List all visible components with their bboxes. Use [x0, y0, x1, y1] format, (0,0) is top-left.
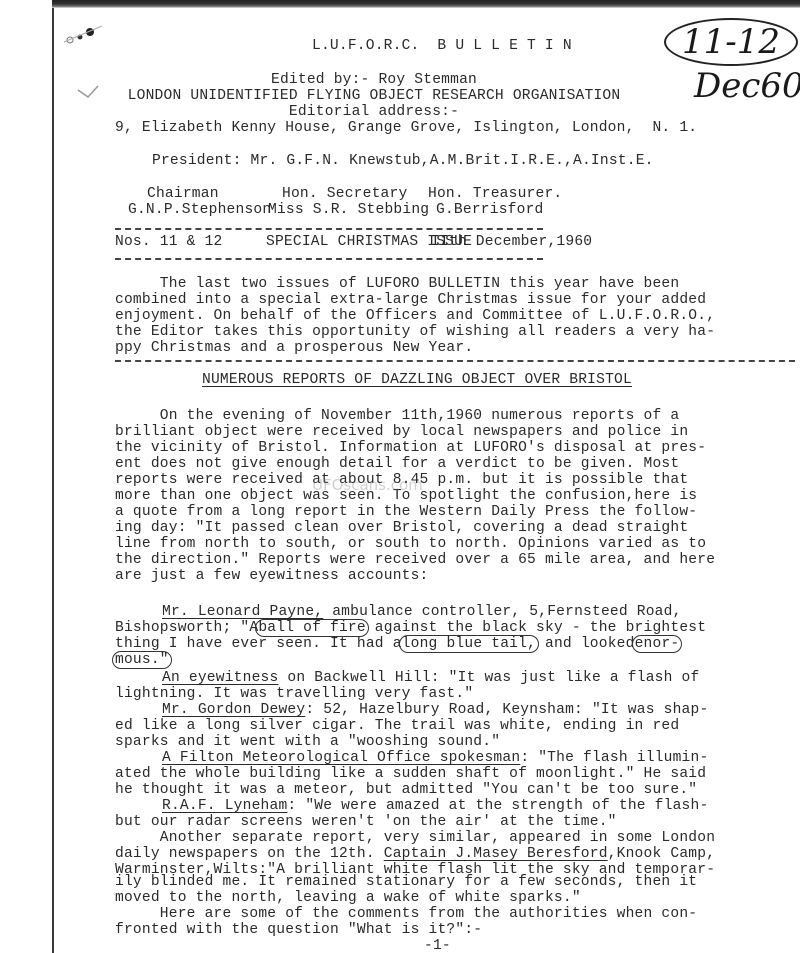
account-text: sparks and it went with a "wooshing soun…	[115, 734, 500, 750]
account-text: ated the whole building like a sudden sh…	[115, 766, 706, 782]
account-text: ,Knook Camp,	[608, 846, 716, 862]
witness-name: An eyewitness	[162, 670, 278, 686]
circled-phrase: long blue tail,	[399, 635, 539, 653]
intro-line: the Editor takes this opportunity of wis…	[115, 324, 715, 340]
circled-phrase: enor-	[632, 635, 683, 653]
account-text: Bishopsworth; "A	[115, 620, 258, 636]
body-line: the vicinity of Bristol. Information at …	[115, 440, 706, 456]
account-text: ambulance controller, 5,Fernsteed Road,	[323, 604, 681, 620]
account-text: Another separate report, very similar, a…	[115, 830, 715, 846]
body-line: the direction." Reports were received ov…	[115, 552, 715, 568]
witness-name: Captain J.Masey Beresford	[384, 846, 608, 862]
circled-phrase: mous."	[112, 651, 172, 669]
witness-name: Mr. Leonard Payne,	[162, 604, 323, 620]
body-line: On the evening of November 11th,1960 num…	[115, 408, 679, 424]
intro-line: combined into a special extra-large Chri…	[115, 292, 706, 308]
account-text: ed like a long silver cigar. The trail w…	[115, 718, 679, 734]
officer-chairman-title: Chairman	[147, 186, 219, 202]
officer-treasurer-title: Hon. Treasurer.	[428, 186, 562, 202]
circled-phrase: ball of fire	[255, 619, 369, 637]
editorial-address: 9, Elizabeth Kenny House, Grange Grove, …	[115, 120, 697, 136]
intro-line: The last two issues of LUFORO BULLETIN t…	[115, 276, 679, 292]
scan-left-margin	[0, 0, 54, 953]
issue-date: IIth December,1960	[431, 234, 592, 250]
editorial-address-label: Editorial address:-	[54, 104, 694, 120]
body-line: ing day: "It passed clean over Bristol, …	[115, 520, 688, 536]
account-text: on Backwell Hill: "It was just like a fl…	[278, 670, 699, 686]
president: President: Mr. G.F.N. Knewstub,A.M.Brit.…	[152, 153, 654, 169]
masthead-title: L.U.F.O.R.C. B U L L E T I N	[312, 38, 572, 54]
officer-secretary-title: Hon. Secretary	[282, 186, 407, 202]
watermark: UFOscans.com	[312, 476, 423, 494]
handwritten-date-ref: Dec60	[694, 66, 800, 106]
account-text: : "The flash illumin-	[520, 750, 708, 766]
handwritten-issue-ref: 11-12	[682, 22, 780, 62]
body-line: are just a few eyewitness accounts:	[115, 568, 429, 584]
body-line: ent does not give enough detail for a ve…	[115, 456, 679, 472]
account-text: : "We were amazed at the strength of the…	[287, 798, 708, 814]
scan-top-edge	[52, 0, 800, 8]
witness-name: Mr. Gordon Dewey	[162, 702, 305, 718]
account-text: lightning. It was travelling very fast."	[115, 686, 473, 702]
body-line: line from north to south, or south to no…	[115, 536, 706, 552]
officer-secretary-name: Miss S.R. Stebbing	[268, 202, 429, 218]
divider	[115, 228, 543, 230]
officer-chairman-name: G.N.P.Stephenson	[128, 202, 271, 218]
issue-numbers: Nos. 11 & 12	[115, 234, 223, 250]
edited-by: Edited by:- Roy Stemman	[54, 72, 694, 88]
intro-line: ppy Christmas and a prosperous New Year.	[115, 340, 473, 356]
page-number: -1-	[424, 938, 451, 953]
account-text: he thought it was a meteor, but admitted…	[115, 782, 697, 798]
account-text: against the black sky - the brightest	[366, 620, 706, 636]
officer-treasurer-name: G.Berrisford	[436, 202, 544, 218]
closing-line: Here are some of the comments from the a…	[115, 906, 697, 922]
section-heading: NUMEROUS REPORTS OF DAZZLING OBJECT OVER…	[202, 372, 632, 388]
body-line: a quote from a long report in the Wester…	[115, 504, 697, 520]
bulletin-page: 11-12 Dec60 L.U.F.O.R.C. B U L L E T I N…	[54, 8, 800, 953]
divider	[115, 258, 543, 260]
account-text: thing I have ever seen. It had a	[115, 636, 402, 652]
account-text: daily newspapers on the 12th.	[115, 846, 384, 862]
account-text: and looked	[536, 636, 635, 652]
organisation-name: LONDON UNIDENTIFIED FLYING OBJECT RESEAR…	[54, 88, 694, 104]
witness-name: A Filton Meteorological Office spokesman	[162, 750, 520, 766]
account-text: but our radar screens weren't 'on the ai…	[115, 814, 617, 830]
closing-line: fronted with the question "What is it?":…	[115, 922, 482, 938]
intro-line: enjoyment. On behalf of the Officers and…	[115, 308, 715, 324]
account-text: : 52, Hazelbury Road, Keynsham: "It was …	[305, 702, 708, 718]
divider	[115, 360, 795, 362]
body-line: brilliant object were received by local …	[115, 424, 688, 440]
account-text: moved to the north, leaving a wake of wh…	[115, 890, 581, 906]
witness-name: R.A.F. Lyneham	[162, 798, 287, 814]
account-text: ily blinded me. It remained stationary f…	[115, 874, 697, 890]
